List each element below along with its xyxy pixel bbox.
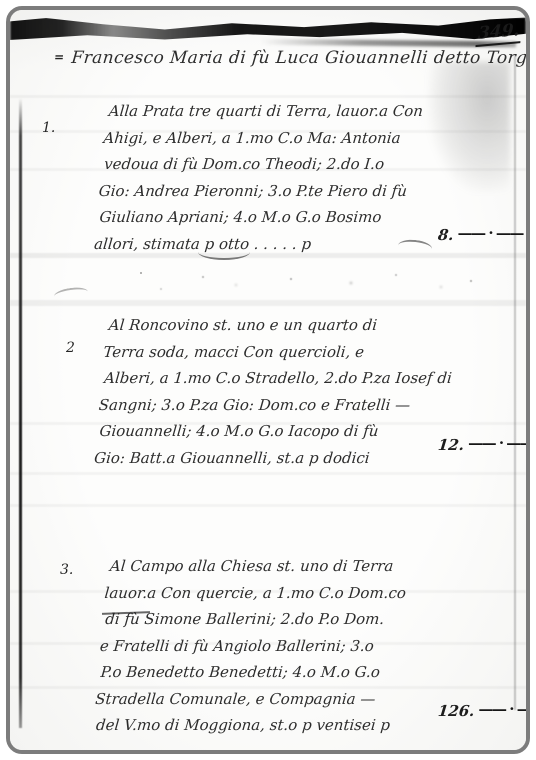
entry-line: Gio: Batt.a Giouannelli, st.a p dodici xyxy=(93,445,425,472)
manuscript-paper: 349. = Francesco Maria di fù Luca Giouan… xyxy=(10,10,526,750)
entry-line: vedoua di fù Dom.co Theodi; 2.do I.o xyxy=(103,151,432,178)
entry-line: Alberi, a 1.mo C.o Stradello, 2.do P.za … xyxy=(103,365,432,392)
value-amount: 12. xyxy=(437,436,465,454)
book-spine-shadow xyxy=(19,98,22,728)
entry: Alla Prata tre quarti di Terra, lauor.a … xyxy=(93,98,437,257)
entry-line: Sangni; 3.o P.za Gio: Dom.co e Fratelli … xyxy=(98,392,430,419)
entry-line: allori, stimata p otto . . . . . p xyxy=(93,231,425,258)
entry-line: di fù Simone Ballerini; 2.do P.o Dom. xyxy=(104,606,433,633)
scan-frame: 349. = Francesco Maria di fù Luca Giouan… xyxy=(6,6,530,754)
value-dash-tail: —— · —— xyxy=(479,700,530,718)
ink-specks xyxy=(140,272,142,274)
scan-streak xyxy=(10,300,526,306)
ink-flourish xyxy=(198,244,250,260)
ink-smudge xyxy=(428,62,510,192)
value-row: 12. —— · —— xyxy=(438,434,530,456)
title-text: Francesco Maria di fù Luca Giouannelli d… xyxy=(71,48,530,68)
value-amount: 8. xyxy=(437,226,455,244)
scan-top-shadow xyxy=(10,17,526,41)
value-dash-tail: —— · —— xyxy=(468,434,530,452)
scan-streak xyxy=(10,504,526,507)
value-row: 8. —— · —— xyxy=(438,224,530,246)
entry-line: P.o Benedetto Benedetti; 4.o M.o G.o xyxy=(100,659,429,686)
entry-line: del V.mo di Moggiona, st.o p ventisei p xyxy=(95,712,424,739)
entry-number: 1. xyxy=(42,120,55,136)
page-edge-line xyxy=(514,56,516,710)
entry: Al Campo alla Chiesa st. uno di Terra la… xyxy=(92,553,438,739)
title-row: = Francesco Maria di fù Luca Giouannelli… xyxy=(53,48,507,68)
value-dash-tail: —— · —— xyxy=(458,224,523,242)
value-amount: 126. xyxy=(437,702,475,720)
entry-line: lauor.a Con quercie, a 1.mo C.o Dom.co xyxy=(103,580,435,607)
entry-line: Al Campo alla Chiesa st. uno di Terra xyxy=(109,553,438,580)
entry-number: 3. xyxy=(60,562,73,578)
entry-number: 2 xyxy=(66,340,75,356)
entry: Al Roncovino st. uno e un quarto di Terr… xyxy=(93,312,437,471)
entry-line: Alla Prata tre quarti di Terra, lauor.a … xyxy=(108,98,437,125)
entry-line: Terra soda, macci Con quercioli, e xyxy=(102,339,434,366)
page-number: 349. xyxy=(475,20,521,47)
entry-line: e Fratelli di fù Angiolo Ballerini; 3.o xyxy=(99,633,431,660)
entry-line: Giouannelli; 4.o M.o G.o Iacopo di fù xyxy=(98,418,427,445)
entry-line: Stradella Comunale, e Compagnia — xyxy=(94,686,426,713)
entry-line: Giuliano Apriani; 4.o M.o G.o Bosimo xyxy=(98,204,427,231)
entry-line: Ahigi, e Alberi, a 1.mo C.o Ma: Antonia xyxy=(102,125,434,152)
entry-line: Gio: Andrea Pieronni; 3.o P.te Piero di … xyxy=(98,178,430,205)
entry-line: Al Roncovino st. uno e un quarto di xyxy=(108,312,437,339)
ornament-left: = xyxy=(53,50,65,64)
value-row: 126. —— · —— xyxy=(438,700,530,722)
scan-streak xyxy=(10,472,526,475)
